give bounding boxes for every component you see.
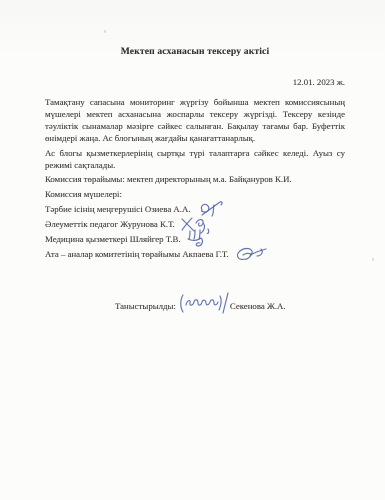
paragraph-inspection-summary: Тамақтану сапасына мониторинг жүргізу бо… xyxy=(45,96,345,144)
member-row: Медицина қызметкері Шляйгер Т.В. xyxy=(45,233,345,245)
document-date: 12.01. 2023 ж. xyxy=(45,77,345,88)
member-label: Әлеуметтік педагог Журунова К.Т. xyxy=(45,218,175,230)
member-label: Тәрбие ісінің меңгерушісі Озиева А.А. xyxy=(45,203,191,215)
acknowledgement-name: Секенова Ж.А. xyxy=(230,300,286,312)
scan-speck xyxy=(372,258,374,261)
scan-speck xyxy=(104,30,106,33)
signature-shlyaiger-icon xyxy=(185,227,211,249)
commission-chair-line: Комиссия төрайымы: мектеп директорының м… xyxy=(45,173,345,185)
signature-sekenova-icon xyxy=(177,291,229,315)
member-label: Ата – аналар комитетінің төрайымы Акпаев… xyxy=(45,248,229,260)
paragraph-staff-water: Ас блогы қызметкерлерінің сыртқы түрі та… xyxy=(45,147,345,171)
member-row: Ата – аналар комитетінің төрайымы Акпаев… xyxy=(45,248,345,260)
acknowledgement-label: Таныстырылды: xyxy=(115,300,176,312)
acknowledgement-row: Таныстырылды: Секенова Ж.А. xyxy=(45,299,345,313)
document-title: Мектеп асханасын тексеру актісі xyxy=(45,0,345,57)
member-label: Медицина қызметкері Шляйгер Т.В. xyxy=(45,233,181,245)
scanned-document-page: Мектеп асханасын тексеру актісі 12.01. 2… xyxy=(0,0,385,500)
signature-akpaeva-icon xyxy=(233,246,267,264)
